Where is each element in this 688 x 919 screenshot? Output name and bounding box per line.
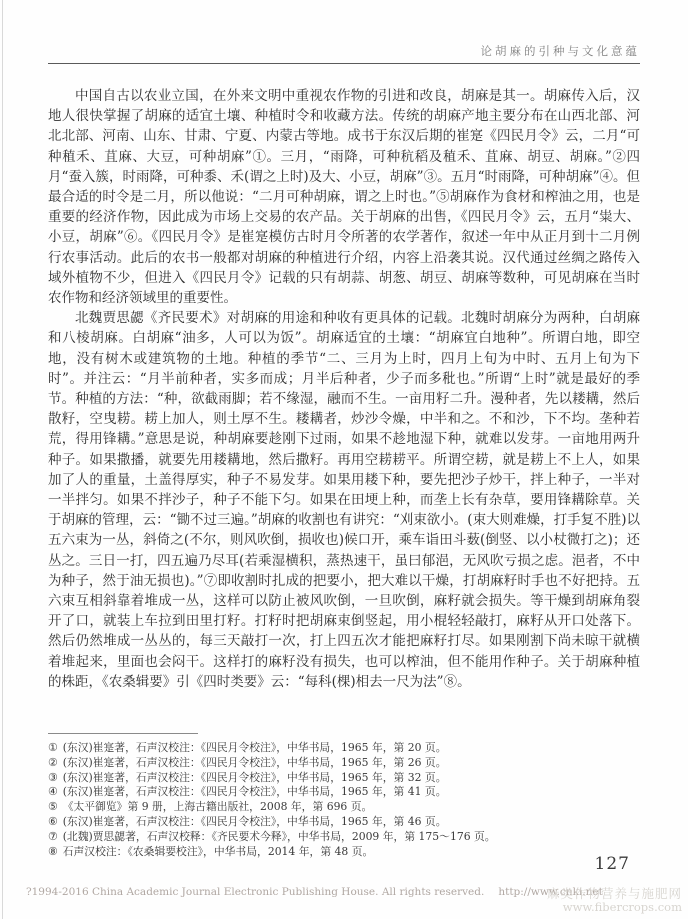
body-paragraph-1: 中国自古以农业立国，在外来文明中重视农作物的引进和改良，胡麻是其一。胡麻传入后，… xyxy=(48,86,640,308)
page-header: 论胡麻的引种与文化意蕴 xyxy=(48,40,640,59)
watermark: 麻类作物营养与施肥网 www.fibercrops.com xyxy=(547,887,682,914)
body-paragraph-2: 北魏贾思勰《齐民要术》对胡麻的用途和种收有更具体的记载。北魏时胡麻分为两种，白胡… xyxy=(48,308,640,692)
footnote-text: (东汉)崔寔著，石声汉校注：《四民月令校注》，中华书局，1965 年，第 20 … xyxy=(63,741,447,754)
footnote-text: 石声汉校注：《农桑辑要校注》，中华书局，2014 年，第 48 页。 xyxy=(63,845,374,858)
footnote-item: ①(东汉)崔寔著，石声汉校注：《四民月令校注》，中华书局，1965 年，第 20… xyxy=(48,741,640,756)
watermark-url: www.fibercrops.com xyxy=(547,901,682,915)
footnote-item: ⑤《太平御览》第 9 册，上海古籍出版社，2008 年，第 696 页。 xyxy=(48,800,640,815)
footnote-text: (东汉)崔寔著，石声汉校注：《四民月令校注》，中华书局，1965 年，第 41 … xyxy=(63,785,447,798)
footnote-marker: ③ xyxy=(48,771,58,784)
scan-edge-line xyxy=(2,0,3,919)
footnote-text: (东汉)崔寔著，石声汉校注：《四民月令校注》，中华书局，1965 年，第 26 … xyxy=(63,756,447,769)
footnote-text: (北魏)贾思勰著，石声汉校释：《齐民要术今释》，中华书局，2009 年，第 17… xyxy=(63,830,496,843)
footnote-marker: ⑤ xyxy=(48,800,58,813)
article-body: 中国自古以农业立国，在外来文明中重视农作物的引进和改良，胡麻是其一。胡麻传入后，… xyxy=(48,86,640,692)
footnote-text: 《太平御览》第 9 册，上海古籍出版社，2008 年，第 696 页。 xyxy=(63,800,373,813)
footnote-marker: ④ xyxy=(48,785,58,798)
footnotes-section: ①(东汉)崔寔著，石声汉校注：《四民月令校注》，中华书局，1965 年，第 20… xyxy=(48,733,640,859)
footnote-marker: ⑥ xyxy=(48,815,58,828)
footnote-item: ④(东汉)崔寔著，石声汉校注：《四民月令校注》，中华书局，1965 年，第 41… xyxy=(48,785,640,800)
running-title: 论胡麻的引种与文化意蕴 xyxy=(481,44,641,58)
paper-page: 论胡麻的引种与文化意蕴 中国自古以农业立国，在外来文明中重视农作物的引进和改良，… xyxy=(0,0,688,919)
footnote-item: ③(东汉)崔寔著，石声汉校注：《四民月令校注》，中华书局，1965 年，第 32… xyxy=(48,771,640,786)
footnote-marker: ⑧ xyxy=(48,845,58,858)
footnote-text: (东汉)崔寔著，石声汉校注：《四民月令校注》，中华书局，1965 年，第 32 … xyxy=(63,771,447,784)
footnote-item: ⑧石声汉校注：《农桑辑要校注》，中华书局，2014 年，第 48 页。 xyxy=(48,845,640,860)
footnote-item: ②(东汉)崔寔著，石声汉校注：《四民月令校注》，中华书局，1965 年，第 26… xyxy=(48,756,640,771)
footnote-text: (东汉)崔寔著，石声汉校注：《四民月令校注》，中华书局，1965 年，第 46 … xyxy=(63,815,447,828)
footnote-item: ⑥(东汉)崔寔著，石声汉校注：《四民月令校注》，中华书局，1965 年，第 46… xyxy=(48,815,640,830)
page-number: 127 xyxy=(595,854,630,874)
footnote-item: ⑦(北魏)贾思勰著，石声汉校释：《齐民要术今释》，中华书局，2009 年，第 1… xyxy=(48,830,640,845)
footnote-marker: ① xyxy=(48,741,58,754)
footnote-separator-rule xyxy=(48,733,198,734)
footnote-marker: ② xyxy=(48,756,58,769)
copyright-text: ?1994-2016 China Academic Journal Electr… xyxy=(26,886,484,898)
header-rule xyxy=(48,63,640,64)
watermark-chinese-text: 麻类作物营养与施肥网 xyxy=(547,887,682,901)
footnote-marker: ⑦ xyxy=(48,830,58,843)
